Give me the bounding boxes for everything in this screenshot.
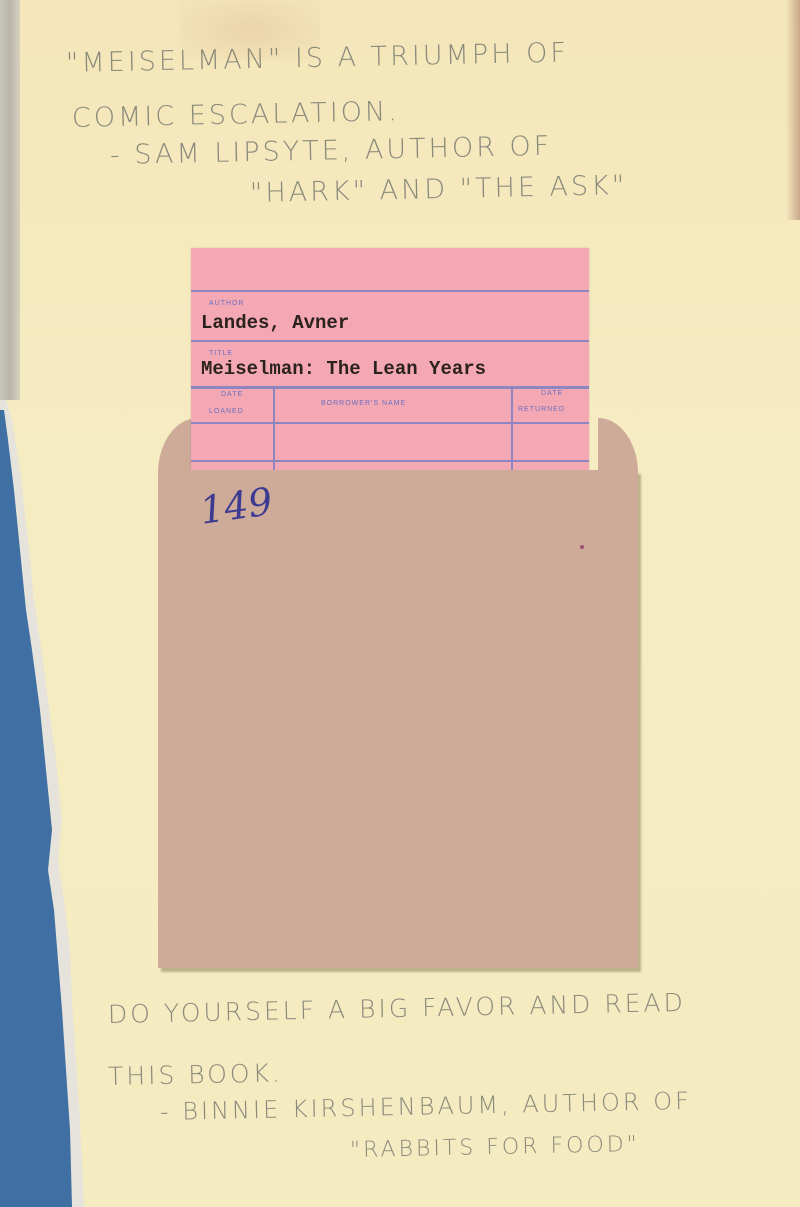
library-envelope [158,470,638,968]
library-card: Author Landes, Avner Title Meiselman: Th… [191,248,589,470]
date-loaned-label-2: Loaned [209,408,244,415]
book-cover: "Meiselman" is a triumph of comic escala… [0,0,800,1207]
borrowers-name-label: Borrower's Name [321,400,406,407]
date-returned-label-2: Returned [518,406,565,413]
quote-bottom-line-2: this book. [108,1058,283,1091]
quote-top-line-1: "Meiselman" is a triumph of [66,37,569,79]
quote-top-line-2: comic escalation. [72,96,400,134]
quote-bottom-book: "Rabbits for Food" [350,1132,640,1163]
quote-top-attribution: - Sam Lipsyte, author of [110,131,553,171]
quote-bottom-line-1: Do yourself a big favor and read [108,988,686,1029]
envelope-flap-right [598,418,638,478]
date-loaned-label-1: Date [221,391,243,398]
date-returned-label-1: Date [541,390,563,397]
cover-edge-shadow [786,0,800,220]
title-label: Title [209,350,233,357]
envelope-spot [580,545,584,549]
book-title: Meiselman: The Lean Years [201,358,486,380]
quote-bottom-attribution: - Binnie Kirshenbaum, author of [160,1087,692,1126]
author-label: Author [209,300,245,307]
author-name: Landes, Avner [201,312,349,334]
quote-top-books: "Hark" and "The Ask" [250,170,628,209]
spine-strip [0,0,20,400]
